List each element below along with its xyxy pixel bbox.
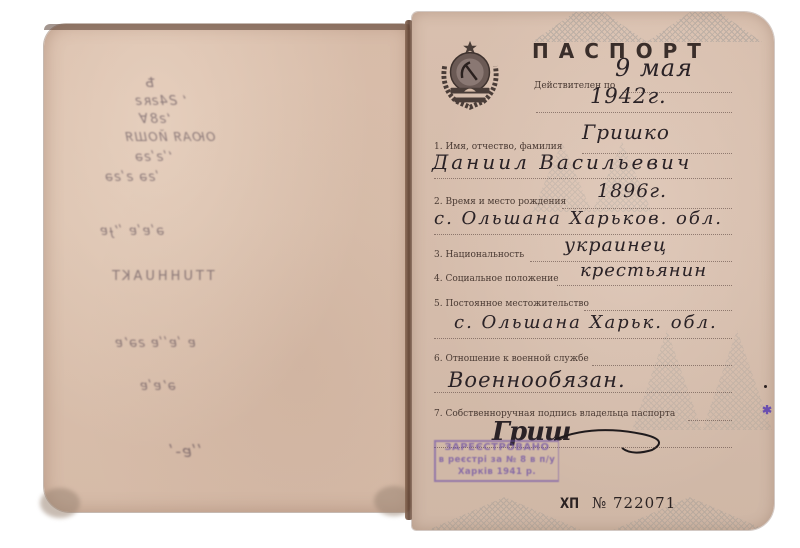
field-value-nationality: украинец	[564, 234, 667, 256]
stamp-line: Харків 1941 р.	[436, 466, 558, 478]
ghost-text-line: ʹƨǝ ƨʹƨǝ	[104, 170, 160, 185]
signature-flourish	[552, 420, 672, 460]
dotted-line	[434, 178, 732, 179]
registration-stamp: ЗАРЕЄСТРОВАНО в реєстрі за № 8 в п/у Хар…	[434, 440, 559, 482]
field-value-name: Даниил Васильевич	[432, 150, 692, 174]
ghost-text-line: ʻƨ8Ɐ	[139, 112, 171, 127]
field-value-surname: Гришко	[582, 120, 670, 144]
field-value-military: Военнообязан.	[448, 368, 626, 392]
field-value-social-status: крестьянин	[580, 260, 707, 281]
ink-dot	[764, 385, 767, 388]
ghost-text-line: Ѣ	[144, 76, 155, 91]
field-label-nationality: 3. Национальность	[434, 250, 524, 260]
violet-ink-mark: ✱	[762, 405, 773, 415]
dotted-line	[434, 392, 732, 393]
ghost-text-line: ʻ Ƨ4ƨʀƨ	[134, 94, 187, 109]
ghost-text-line: ОЮАЯ ЙОШЯ	[124, 130, 215, 144]
guilloche-pattern	[532, 12, 762, 42]
field-label-birth: 2. Время и место рождения	[434, 197, 566, 207]
dotted-line	[688, 420, 732, 421]
right-page: ПАСПОРТ Действителен по 9 мая 1942г. 1. …	[412, 12, 774, 530]
passport-spread: Ѣ ʻ Ƨ4ƨʀƨ ʻƨ8Ɐ ОЮАЯ ЙОШЯ ʻʹƨʹƨǝ ʹƨǝ ƨʹƨǝ…	[0, 0, 800, 548]
dotted-line	[584, 310, 732, 311]
ghost-text-line: ɐ ʹɐʹʹɐ ƨǝʼɐ	[114, 336, 196, 351]
field-value-birth-year: 1896г.	[597, 180, 667, 202]
stamp-line: в реєстрі за № 8 в п/у	[436, 454, 558, 466]
ghost-text-line: TTUHHUAKT	[109, 269, 215, 284]
dotted-line	[592, 365, 732, 366]
dotted-line	[557, 285, 732, 286]
ghost-text-line: ʹʹɐ-ʹ	[169, 442, 203, 461]
ussr-coat-of-arms-icon	[431, 36, 509, 116]
field-value-residence: с. Ольшана Харьк. обл.	[454, 312, 718, 333]
field-label-military: 6. Отношение к военной службе	[434, 354, 589, 364]
number-value: 722071	[613, 494, 676, 512]
number-sign: №	[592, 494, 607, 512]
field-value-birth-place: с. Ольшана Харьков. обл.	[434, 208, 723, 229]
dotted-line	[434, 338, 732, 339]
passport-number: № 722071	[592, 494, 676, 512]
ghost-text-line: ǝʼɐʹɐ	[139, 379, 176, 394]
left-page: Ѣ ʻ Ƨ4ƨʀƨ ʻƨ8Ɐ ОЮАЯ ЙОШЯ ʻʹƨʹƨǝ ʹƨǝ ƨʹƨǝ…	[44, 24, 410, 512]
valid-until-year: 1942г.	[590, 84, 667, 108]
field-label-social-status: 4. Социальное положение	[434, 274, 559, 284]
ghost-text-line: ʻʹƨʹƨǝ	[134, 150, 173, 165]
corner-wear	[40, 488, 80, 518]
stamp-line: ЗАРЕЄСТРОВАНО	[436, 442, 558, 454]
dotted-line	[536, 112, 732, 113]
field-label-residence: 5. Постоянное местожительство	[434, 299, 589, 309]
ghost-text-line: ǝʹɐʹɐ ʹʼɟɐ	[99, 224, 164, 239]
passport-series: ХП	[560, 496, 579, 512]
valid-until-value: 9 мая	[615, 54, 693, 82]
